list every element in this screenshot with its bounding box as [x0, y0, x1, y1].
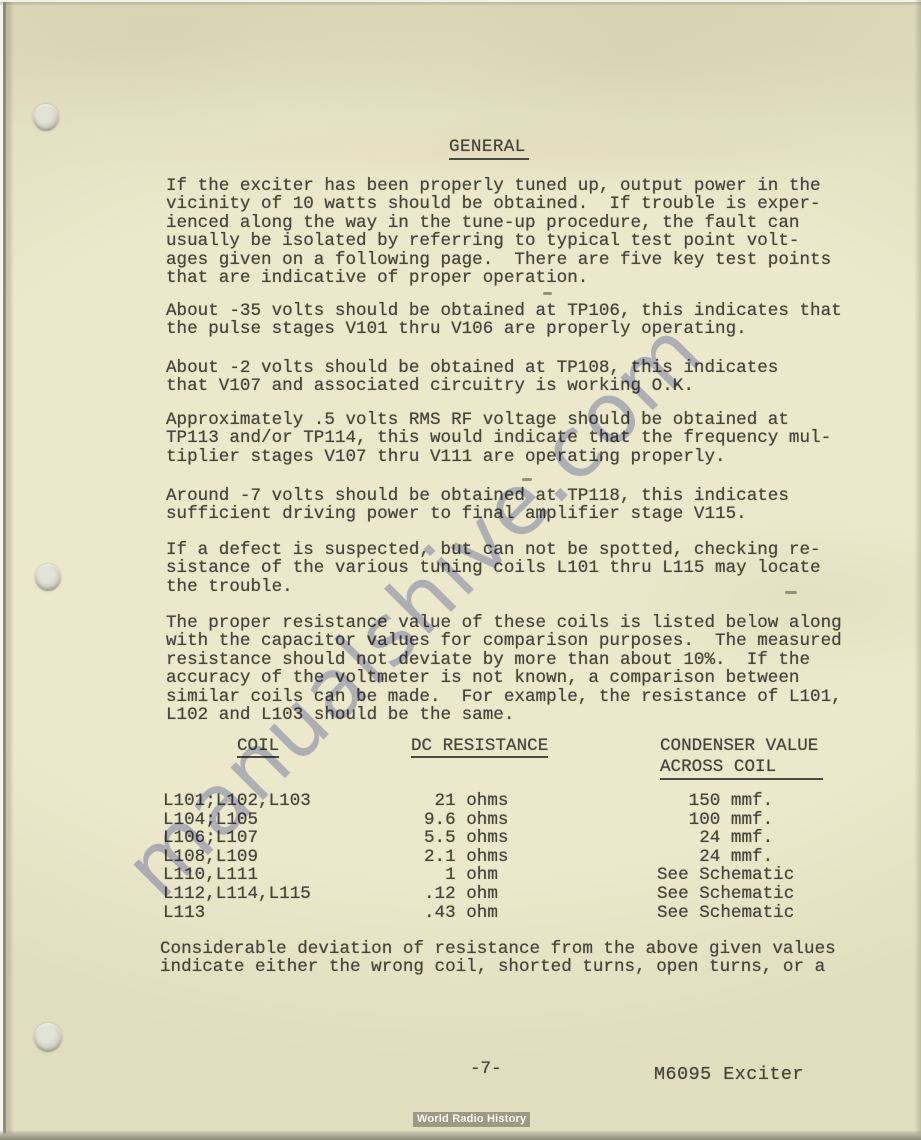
table-cell-resistance: 9.6 ohms: [424, 811, 508, 830]
table-header-condenser-line2: ACROSS COIL: [660, 758, 823, 779]
table-header-coil: COIL: [237, 737, 279, 758]
table-cell-coil: L101;L102,L103: [163, 792, 311, 811]
ink-speck: [522, 478, 532, 481]
table-cell-resistance: .43 ohm: [424, 904, 508, 923]
table-cell-condenser: See Schematic: [657, 904, 794, 923]
text-line: If the exciter has been properly tuned u…: [166, 177, 831, 195]
hole-punch-middle: [35, 564, 61, 591]
table-header-condenser-line1: CONDENSER VALUE: [660, 737, 823, 755]
table-cell-coil: L106;L107: [163, 829, 311, 848]
paragraph-tp113-tp114: Approximately .5 volts RMS RF voltage sh…: [166, 411, 831, 466]
table-cell-coil: L110,L111: [163, 866, 311, 885]
page-title: GENERAL: [449, 137, 529, 160]
table-header-dc-resistance: DC RESISTANCE: [411, 737, 548, 758]
table-cell-condenser: 24 mmf.: [657, 829, 794, 848]
text-line: usually be isolated by referring to typi…: [166, 232, 831, 250]
page-number: -7-: [470, 1059, 502, 1079]
table-cell-resistance: 2.1 ohms: [424, 848, 508, 867]
text-line: tiplier stages V107 thru V111 are operat…: [166, 448, 831, 466]
text-line: sufficient driving power to final amplif…: [166, 505, 789, 523]
text-line: Considerable deviation of resistance fro…: [160, 940, 836, 958]
text-line: that V107 and associated circuitry is wo…: [166, 377, 778, 395]
paragraph-resistance-list: The proper resistance value of these coi…: [166, 614, 842, 724]
text-line: accuracy of the voltmeter is not known, …: [166, 669, 842, 687]
text-line: Approximately .5 volts RMS RF voltage sh…: [166, 411, 831, 429]
text-line: About -35 volts should be obtained at TP…: [166, 302, 842, 320]
ink-speck: [543, 292, 552, 295]
scanned-document-page: GENERAL If the exciter has been properly…: [0, 0, 921, 1140]
page-edge-right: [914, 0, 921, 1140]
table-cell-condenser: See Schematic: [657, 885, 794, 904]
archive-stamp: World Radio History: [413, 1112, 530, 1127]
text-line: Around -7 volts should be obtained at TP…: [166, 487, 789, 505]
text-line: ages given on a following page. There ar…: [166, 251, 831, 269]
table-header-coil-text: COIL: [237, 737, 279, 758]
table-cell-coil: L104;L105: [163, 811, 311, 830]
table-cell-condenser: 100 mmf.: [657, 811, 794, 830]
table-cell-coil: L108,L109: [163, 848, 311, 867]
paragraph-tp108: About -2 volts should be obtained at TP1…: [166, 359, 778, 396]
document-reference: M6095 Exciter: [654, 1064, 804, 1085]
page-edge-top: [0, 0, 921, 6]
table-column-condenser: 150 mmf. 100 mmf. 24 mmf. 24 mmf. See Sc…: [657, 792, 794, 922]
text-line: L102 and L103 should be the same.: [166, 706, 842, 724]
text-line: resistance should not deviate by more th…: [166, 651, 842, 669]
text-line: that are indicative of proper operation.: [166, 269, 831, 287]
table-cell-resistance: .12 ohm: [424, 885, 508, 904]
text-line: If a defect is suspected, but can not be…: [166, 541, 821, 559]
page-title-text: GENERAL: [449, 137, 529, 160]
table-column-resistance: 21 ohms 9.6 ohms 5.5 ohms 2.1 ohms 1 ohm…: [424, 792, 508, 922]
paragraph-deviation-note: Considerable deviation of resistance fro…: [160, 940, 836, 977]
table-header-dc-resistance-text: DC RESISTANCE: [411, 737, 548, 758]
text-line: vicinity of 10 watts should be obtained.…: [166, 195, 831, 213]
table-cell-resistance: 21 ohms: [424, 792, 508, 811]
hole-punch-bottom: [34, 1023, 62, 1052]
text-line: ienced along the way in the tune-up proc…: [166, 214, 831, 232]
table-header-condenser-value: CONDENSER VALUE ACROSS COIL: [660, 737, 823, 780]
table-cell-coil: L112,L114,L115: [163, 885, 311, 904]
table-cell-coil: L113: [163, 904, 311, 923]
text-line: About -2 volts should be obtained at TP1…: [166, 359, 778, 377]
text-line: with the capacitor values for comparison…: [166, 632, 842, 650]
table-cell-condenser: See Schematic: [657, 866, 794, 885]
table-column-coil: L101;L102,L103 L104;L105 L106;L107 L108,…: [163, 792, 311, 922]
hole-punch-top: [33, 104, 59, 131]
text-line: TP113 and/or TP114, this would indicate …: [166, 429, 831, 447]
table-cell-resistance: 1 ohm: [424, 866, 508, 885]
page-edge-left: [0, 0, 14, 1140]
paragraph-general-intro: If the exciter has been properly tuned u…: [166, 177, 831, 287]
paragraph-tp118: Around -7 volts should be obtained at TP…: [166, 487, 789, 524]
paragraph-tp106: About -35 volts should be obtained at TP…: [166, 302, 842, 339]
text-line: similar coils can be made. For example, …: [166, 688, 842, 706]
text-line: the pulse stages V101 thru V106 are prop…: [166, 320, 842, 338]
paragraph-defect-check: If a defect is suspected, but can not be…: [166, 541, 821, 596]
table-cell-condenser: 24 mmf.: [657, 848, 794, 867]
table-cell-resistance: 5.5 ohms: [424, 829, 508, 848]
ink-speck: [785, 591, 797, 594]
text-line: the trouble.: [166, 578, 821, 596]
text-line: indicate either the wrong coil, shorted …: [160, 958, 836, 976]
table-cell-condenser: 150 mmf.: [657, 792, 794, 811]
page-edge-bottom: [0, 1131, 921, 1140]
text-line: The proper resistance value of these coi…: [166, 614, 842, 632]
text-line: sistance of the various tuning coils L10…: [166, 559, 821, 577]
